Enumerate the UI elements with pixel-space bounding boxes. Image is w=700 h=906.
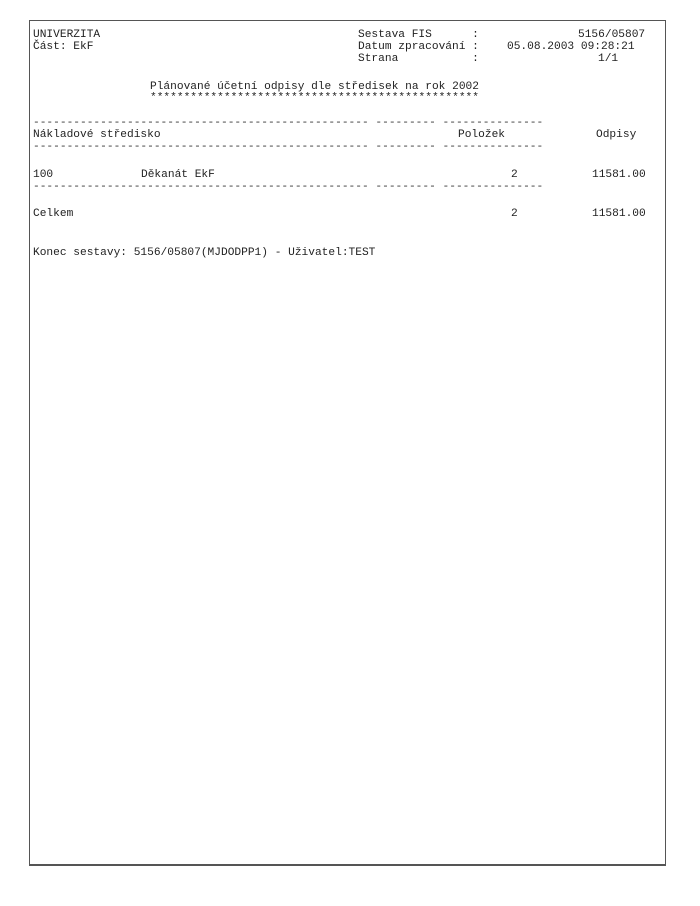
- page-number-value: 1/1: [598, 53, 618, 65]
- column-header-items: Položek: [458, 129, 505, 141]
- report-end-note: Konec sestavy: 5156/05807(MJDODPP1) - Už…: [33, 247, 375, 259]
- table-rule-header: ----------------------------------------…: [33, 141, 543, 153]
- column-header-center: Nákladové středisko: [33, 129, 161, 141]
- report-title-underline: ****************************************…: [150, 92, 479, 104]
- total-label: Celkem: [33, 208, 73, 220]
- total-depreciation: 11581.00: [592, 208, 646, 220]
- total-items: 2: [511, 208, 518, 220]
- report-id-label: Sestava FIS :: [358, 29, 479, 41]
- report-id-value: 5156/05807: [578, 29, 645, 41]
- report-page: UNIVERZITA Část: EkF Sestava FIS : 5156/…: [29, 20, 666, 866]
- table-rule-top: ----------------------------------------…: [33, 117, 543, 129]
- organization-name: UNIVERZITA: [33, 29, 100, 41]
- row-depreciation: 11581.00: [592, 169, 646, 181]
- row-items: 2: [511, 169, 518, 181]
- row-center-code: 100: [33, 169, 53, 181]
- processing-date-label: Datum zpracování :: [358, 41, 486, 53]
- processing-date-value: 05.08.2003 09:28:21: [507, 41, 635, 53]
- table-rule-bottom: ----------------------------------------…: [33, 181, 543, 193]
- row-center-name: Děkanát EkF: [141, 169, 215, 181]
- page-number-label: Strana :: [358, 53, 479, 65]
- organization-part: Část: EkF: [33, 41, 93, 53]
- column-header-depreciation: Odpisy: [596, 129, 636, 141]
